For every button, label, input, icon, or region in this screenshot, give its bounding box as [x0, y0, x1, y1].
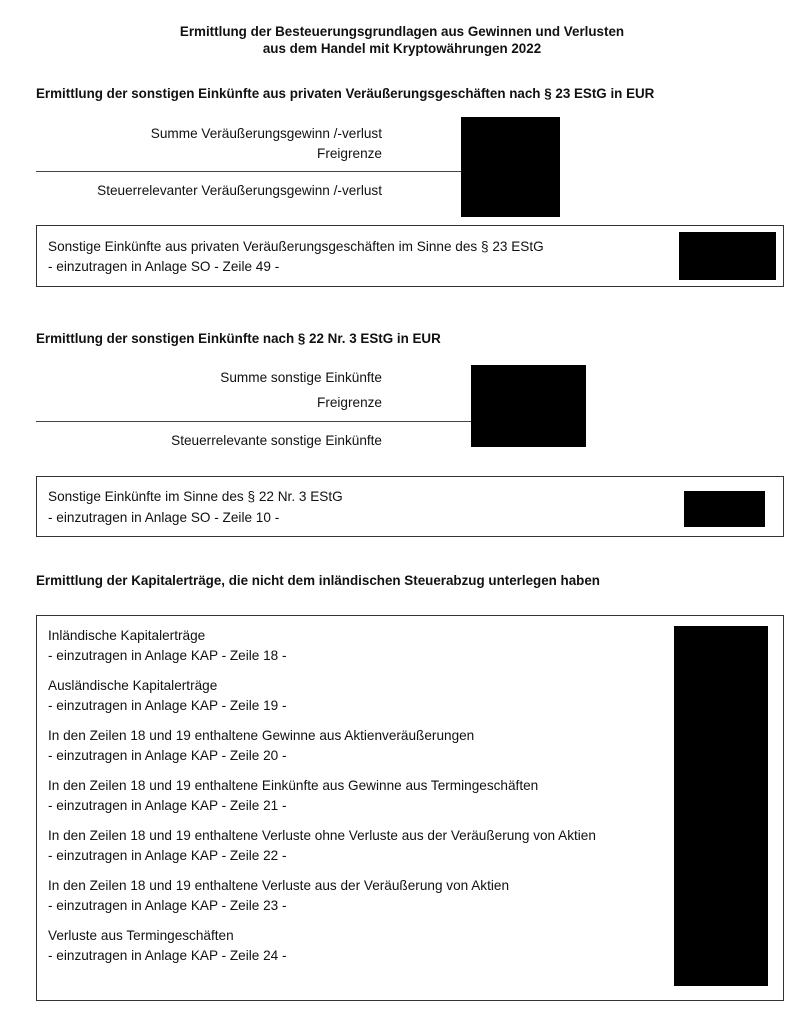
section-22-result-box: Sonstige Einkünfte im Sinne des § 22 Nr.… [36, 476, 784, 537]
kap-item: In den Zeilen 18 und 19 enthaltene Gewin… [48, 726, 474, 766]
result-22-description: Sonstige Einkünfte im Sinne des § 22 Nr.… [48, 487, 343, 507]
taxable-gain-loss-label: Steuerrelevanter Veräußerungsgewinn /-ve… [97, 183, 382, 198]
exemption-limit-label: Freigrenze [317, 146, 382, 161]
kap-item: In den Zeilen 18 und 19 enthaltene Einkü… [48, 776, 538, 816]
kap-item-label: Verluste aus Termingeschäften [48, 926, 287, 946]
taxable-other-income-label: Steuerrelevante sonstige Einkünfte [171, 433, 382, 448]
sum-gain-loss-label: Summe Veräußerungsgewinn /-verlust [151, 126, 382, 141]
redacted-value [679, 232, 776, 280]
section-23-result-box: Sonstige Einkünfte aus privaten Veräußer… [36, 225, 784, 287]
document-title-line-2: aus dem Handel mit Kryptowährungen 2022 [0, 40, 804, 57]
section-22-heading: Ermittlung der sonstigen Einkünfte nach … [36, 331, 441, 346]
document-title-line-1: Ermittlung der Besteuerungsgrundlagen au… [0, 23, 804, 40]
redacted-values [674, 626, 768, 986]
kap-item-label: In den Zeilen 18 und 19 enthaltene Verlu… [48, 876, 509, 896]
result-23-form-line: - einzutragen in Anlage SO - Zeile 49 - [48, 257, 279, 277]
subtotal-divider [36, 421, 472, 422]
kap-item: In den Zeilen 18 und 19 enthaltene Verlu… [48, 826, 596, 866]
redacted-values [471, 365, 586, 447]
subtotal-divider [36, 171, 462, 172]
kap-item: Verluste aus Termingeschäften - einzutra… [48, 926, 287, 966]
kap-item-form-line: - einzutragen in Anlage KAP - Zeile 23 - [48, 896, 509, 916]
kap-item: Ausländische Kapitalerträge - einzutrage… [48, 676, 287, 716]
kap-item-form-line: - einzutragen in Anlage KAP - Zeile 18 - [48, 646, 287, 666]
kap-item-label: In den Zeilen 18 und 19 enthaltene Einkü… [48, 776, 538, 796]
kap-item-form-line: - einzutragen in Anlage KAP - Zeile 24 - [48, 946, 287, 966]
kap-section-heading: Ermittlung der Kapitalerträge, die nicht… [36, 573, 600, 588]
section-23-heading: Ermittlung der sonstigen Einkünfte aus p… [36, 86, 654, 101]
redacted-value [684, 491, 765, 527]
kap-item-label: In den Zeilen 18 und 19 enthaltene Verlu… [48, 826, 596, 846]
kap-item: In den Zeilen 18 und 19 enthaltene Verlu… [48, 876, 509, 916]
sum-other-income-label: Summe sonstige Einkünfte [220, 370, 382, 385]
redacted-values [461, 117, 560, 217]
result-23-description: Sonstige Einkünfte aus privaten Veräußer… [48, 237, 544, 257]
kap-item: Inländische Kapitalerträge - einzutragen… [48, 626, 287, 666]
kap-item-form-line: - einzutragen in Anlage KAP - Zeile 20 - [48, 746, 474, 766]
kap-item-label: Inländische Kapitalerträge [48, 626, 287, 646]
kap-item-form-line: - einzutragen in Anlage KAP - Zeile 22 - [48, 846, 596, 866]
kap-item-label: In den Zeilen 18 und 19 enthaltene Gewin… [48, 726, 474, 746]
result-22-form-line: - einzutragen in Anlage SO - Zeile 10 - [48, 508, 279, 528]
kap-item-label: Ausländische Kapitalerträge [48, 676, 287, 696]
kap-item-form-line: - einzutragen in Anlage KAP - Zeile 19 - [48, 696, 287, 716]
exemption-limit-label: Freigrenze [317, 395, 382, 410]
kap-item-form-line: - einzutragen in Anlage KAP - Zeile 21 - [48, 796, 538, 816]
